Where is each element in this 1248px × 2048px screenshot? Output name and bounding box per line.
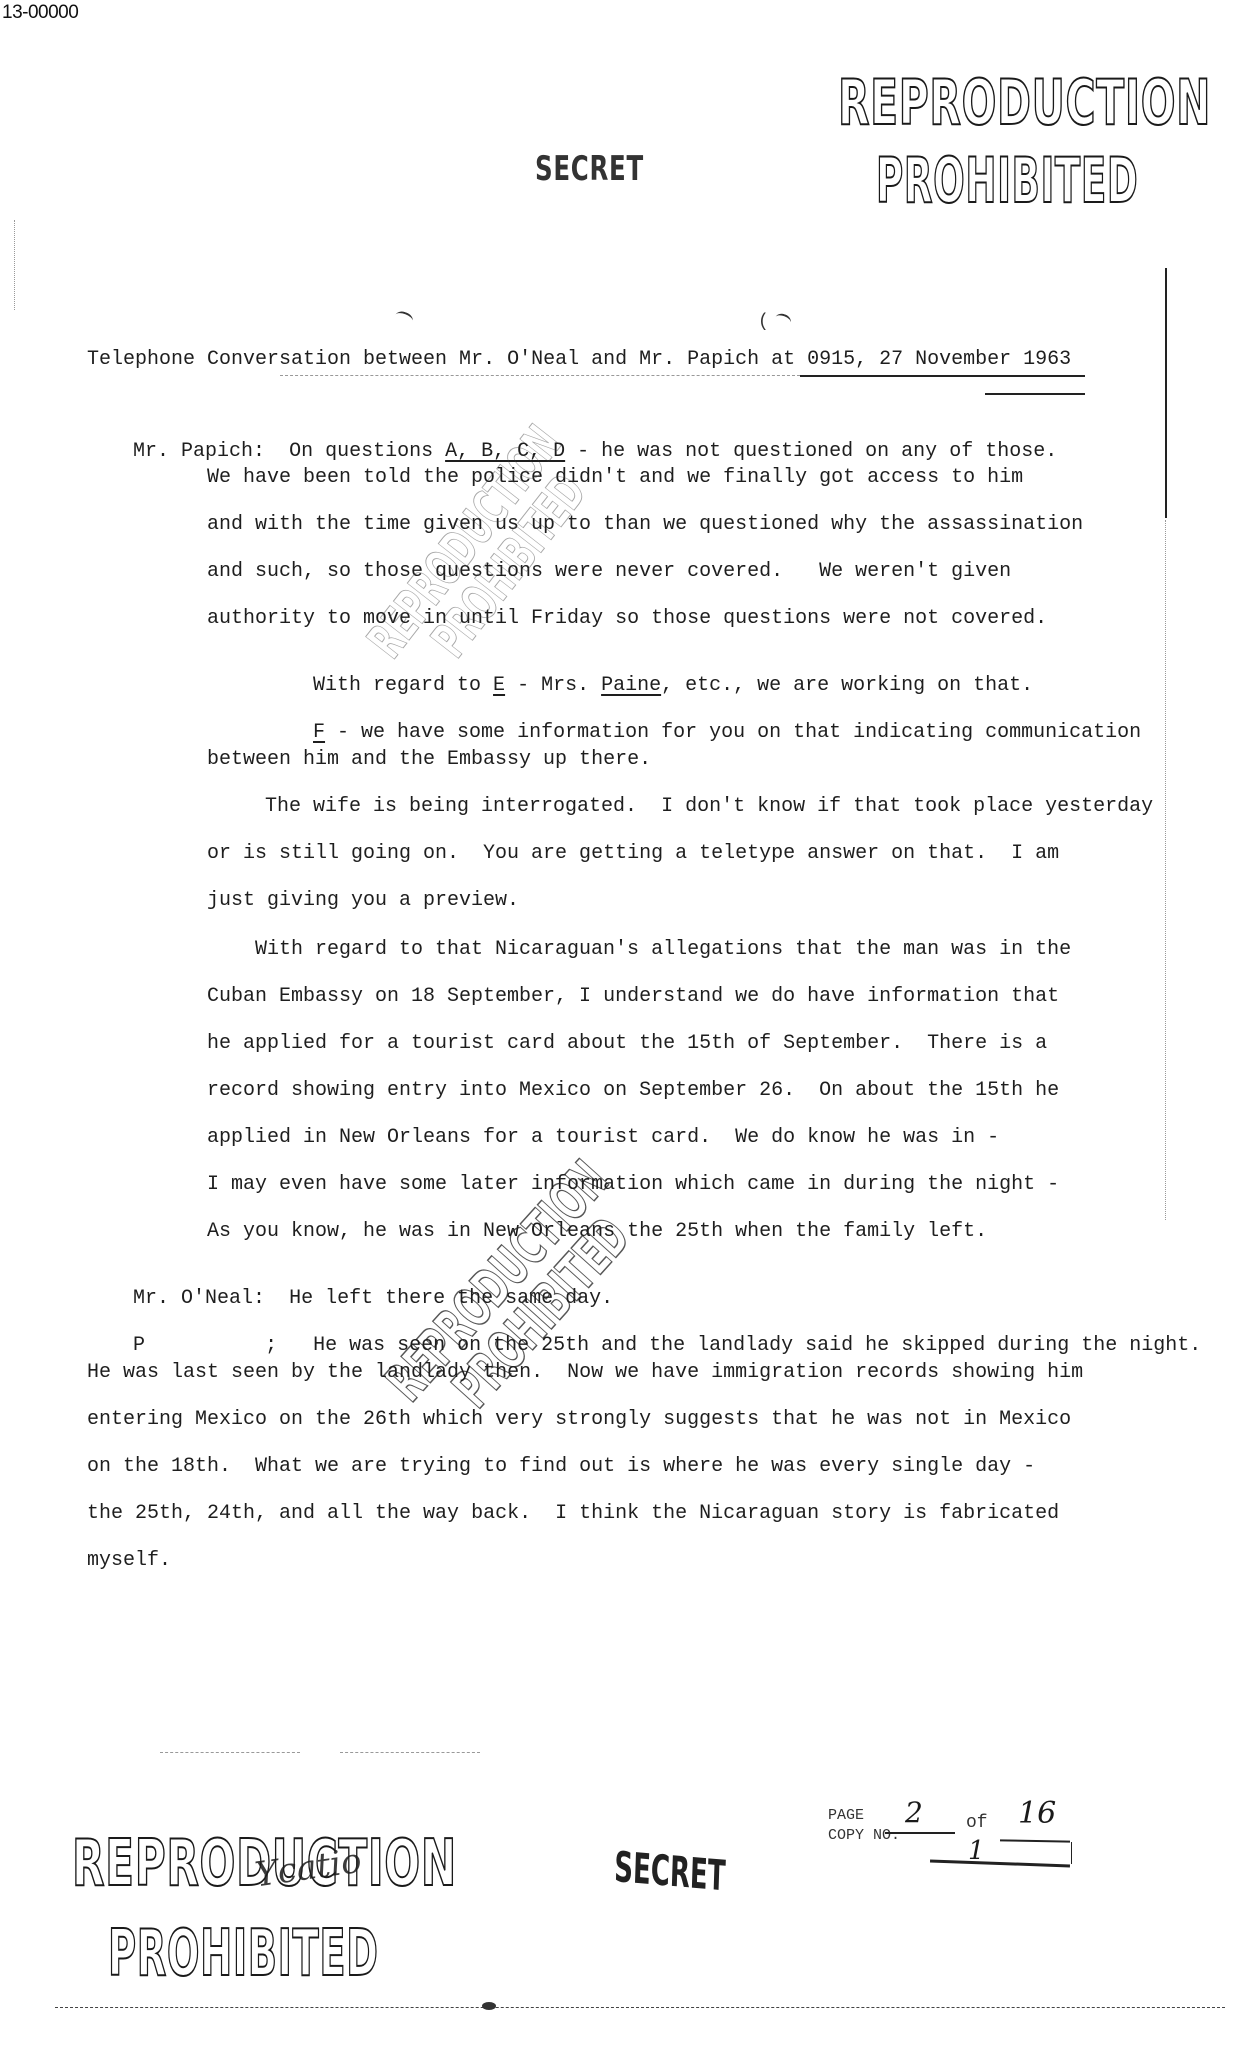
transcript-line: With regard to that Nicaraguan's allegat… xyxy=(255,940,1071,960)
right-margin-rule-faint xyxy=(1165,520,1166,1220)
transcript-line: authority to move in until Friday so tho… xyxy=(207,609,1047,629)
speaker-label: Mr. O'Neal: xyxy=(133,1287,265,1310)
transcript-line: and such, so those questions were never … xyxy=(207,562,1011,582)
reproduction-stamp-top-line2: PROHIBITED xyxy=(876,150,1138,212)
underlined-name: Paine xyxy=(601,674,661,697)
reproduction-stamp-bottom-line2: PROHIBITED xyxy=(108,1922,379,1986)
copy-number-underline xyxy=(930,1860,1070,1868)
title-underline xyxy=(800,375,1085,377)
transcript-line: and with the time given us up to than we… xyxy=(207,515,1083,535)
transcript-line: on the 18th. What we are trying to find … xyxy=(87,1457,1035,1477)
footer-faint-rule xyxy=(160,1752,300,1753)
page-info: PAGE COPY NO. xyxy=(828,1806,900,1845)
page-total: 16 xyxy=(1018,1796,1056,1831)
transcript-line: myself. xyxy=(87,1551,171,1571)
speaker-label: P xyxy=(133,1334,145,1357)
transcript-line: the 25th, 24th, and all the way back. I … xyxy=(87,1504,1059,1524)
copy-label: COPY NO. xyxy=(828,1827,900,1844)
title-underline-dashed xyxy=(280,375,800,376)
page-number: 2 xyxy=(905,1796,923,1829)
transcript-line: He was last seen by the landlady then. N… xyxy=(87,1363,1083,1383)
transcript-line: he applied for a tourist card about the … xyxy=(207,1034,1047,1054)
underlined-item-f: F xyxy=(313,721,325,744)
copy-box-edge xyxy=(1071,1842,1072,1864)
page-number-underline xyxy=(885,1832,955,1834)
bottom-scan-edge xyxy=(55,2007,1225,2008)
transcript-line: entering Mexico on the 26th which very s… xyxy=(87,1410,1071,1430)
page-total-underline xyxy=(1000,1839,1070,1842)
scan-mark xyxy=(482,2002,496,2010)
underlined-item-e: E xyxy=(493,674,505,697)
transcript-line: or is still going on. You are getting a … xyxy=(207,844,1059,864)
document-id: 13-00000 xyxy=(2,2,78,24)
footer-faint-rule xyxy=(340,1752,480,1753)
transcript-line: The wife is being interrogated. I don't … xyxy=(265,797,1153,817)
classification-stamp-top: SECRET xyxy=(535,152,644,186)
page-label: PAGE xyxy=(828,1807,864,1824)
speaker-label: Mr. Papich: xyxy=(133,440,265,463)
right-margin-rule xyxy=(1165,268,1167,518)
of-label: of xyxy=(966,1812,988,1835)
transcript-line: Cuban Embassy on 18 September, I underst… xyxy=(207,987,1059,1007)
transcript-line: between him and the Embassy up there. xyxy=(207,750,651,770)
reproduction-stamp-top-line1: REPRODUCTION xyxy=(838,72,1211,134)
transcript-line: just giving you a preview. xyxy=(207,891,519,911)
title-underline-2 xyxy=(985,393,1085,395)
left-margin-mark xyxy=(14,220,15,310)
classification-stamp-bottom: SECRET xyxy=(614,1846,726,1897)
scan-mark: ( xyxy=(758,312,769,332)
